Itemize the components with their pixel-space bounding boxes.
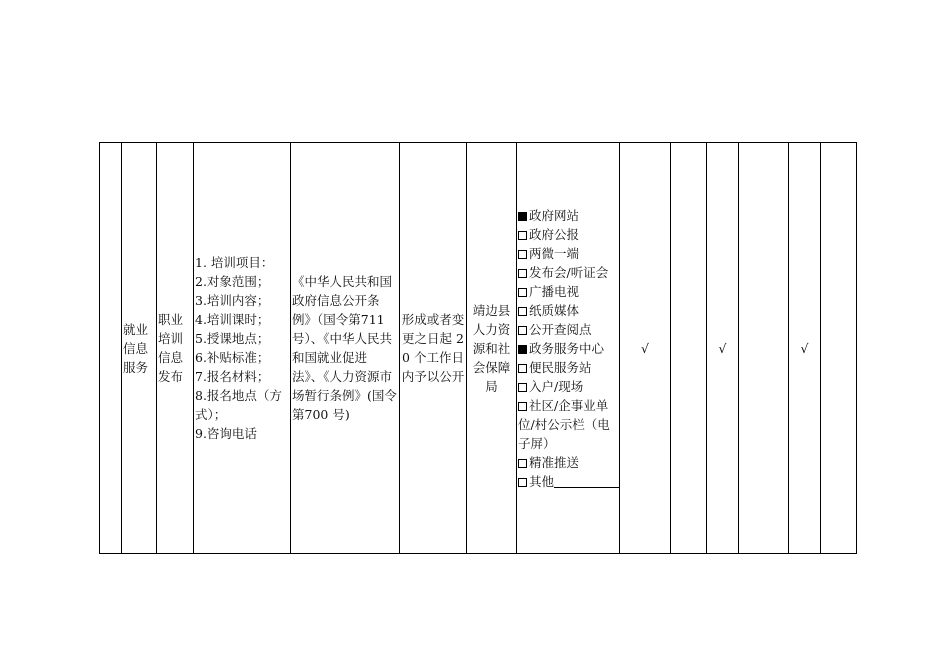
channel-item: 社区/企事业单位/村公示栏（电子屏） xyxy=(518,396,618,453)
content-line: 5.授课地点； xyxy=(195,329,289,348)
empty-box-icon xyxy=(518,478,527,487)
basis-text: 《中华人民共和国政府信息公开条例》（国令第711号）、《中华人民共和国就业促进法… xyxy=(292,274,397,422)
channel-item: 其他 xyxy=(518,472,618,491)
mark-cell xyxy=(671,143,707,554)
channel-item: 发布会/听证会 xyxy=(518,263,618,282)
channel-item: 两微一端 xyxy=(518,244,618,263)
empty-box-icon xyxy=(518,402,527,411)
mark-cell xyxy=(739,143,789,554)
mark-cell: √ xyxy=(789,143,821,554)
empty-box-icon xyxy=(518,383,527,392)
channel-item: 政府网站 xyxy=(518,206,618,225)
time-limit-text: 形成或者变更之日起 20 个工作日内予以公开 xyxy=(402,312,465,384)
content-cell: 1. 培训项目： 2.对象范围； 3.培训内容； 4.培训课时； 5.授课地点；… xyxy=(194,143,291,554)
content-line: 1. 培训项目： xyxy=(195,253,289,272)
table-row: 就业信息服务 职业培训信息发布 1. 培训项目： 2.对象范围； 3.培训内容；… xyxy=(100,143,857,554)
mark-cell: √ xyxy=(707,143,739,554)
subject-cell: 靖边县人力资源和社会保障局 xyxy=(467,143,517,554)
channel-item: 精准推送 xyxy=(518,453,618,472)
index-cell xyxy=(100,143,122,554)
channel-item: 便民服务站 xyxy=(518,358,618,377)
empty-box-icon xyxy=(518,307,527,316)
category-text: 就业信息服务 xyxy=(123,322,148,375)
channel-item: 公开查阅点 xyxy=(518,320,618,339)
item-text: 职业培训信息发布 xyxy=(158,312,183,384)
content-line: 8.报名地点（方式）； xyxy=(195,386,289,424)
channel-item: 纸质媒体 xyxy=(518,301,618,320)
checked-box-icon xyxy=(518,345,527,354)
channels-cell: 政府网站 政府公报 两微一端 发布会/听证会 广播电视 纸质媒体 公开查阅点 政… xyxy=(517,143,620,554)
channel-item: 广播电视 xyxy=(518,282,618,301)
empty-box-icon xyxy=(518,231,527,240)
content-line: 4.培训课时； xyxy=(195,310,289,329)
mark-cell xyxy=(821,143,857,554)
content-line: 3.培训内容； xyxy=(195,291,289,310)
empty-box-icon xyxy=(518,269,527,278)
time-limit-cell: 形成或者变更之日起 20 个工作日内予以公开 xyxy=(400,143,467,554)
subject-text: 靖边县人力资源和社会保障局 xyxy=(473,303,511,394)
mark-cell: √ xyxy=(620,143,671,554)
empty-box-icon xyxy=(518,250,527,259)
empty-box-icon xyxy=(518,288,527,297)
channel-item: 政府公报 xyxy=(518,225,618,244)
empty-box-icon xyxy=(518,326,527,335)
content-line: 7.报名材料； xyxy=(195,367,289,386)
content-line: 2.对象范围； xyxy=(195,272,289,291)
empty-box-icon xyxy=(518,364,527,373)
item-cell: 职业培训信息发布 xyxy=(157,143,194,554)
content-line: 6.补贴标准； xyxy=(195,348,289,367)
basis-cell: 《中华人民共和国政府信息公开条例》（国令第711号）、《中华人民共和国就业促进法… xyxy=(291,143,400,554)
disclosure-table: 就业信息服务 职业培训信息发布 1. 培训项目： 2.对象范围； 3.培训内容；… xyxy=(99,142,857,554)
category-cell: 就业信息服务 xyxy=(122,143,157,554)
checked-box-icon xyxy=(518,212,527,221)
blank-line xyxy=(554,475,620,488)
channel-item: 入户/现场 xyxy=(518,377,618,396)
channel-item: 政务服务中心 xyxy=(518,339,618,358)
empty-box-icon xyxy=(518,459,527,468)
content-line: 9.咨询电话 xyxy=(195,424,289,443)
